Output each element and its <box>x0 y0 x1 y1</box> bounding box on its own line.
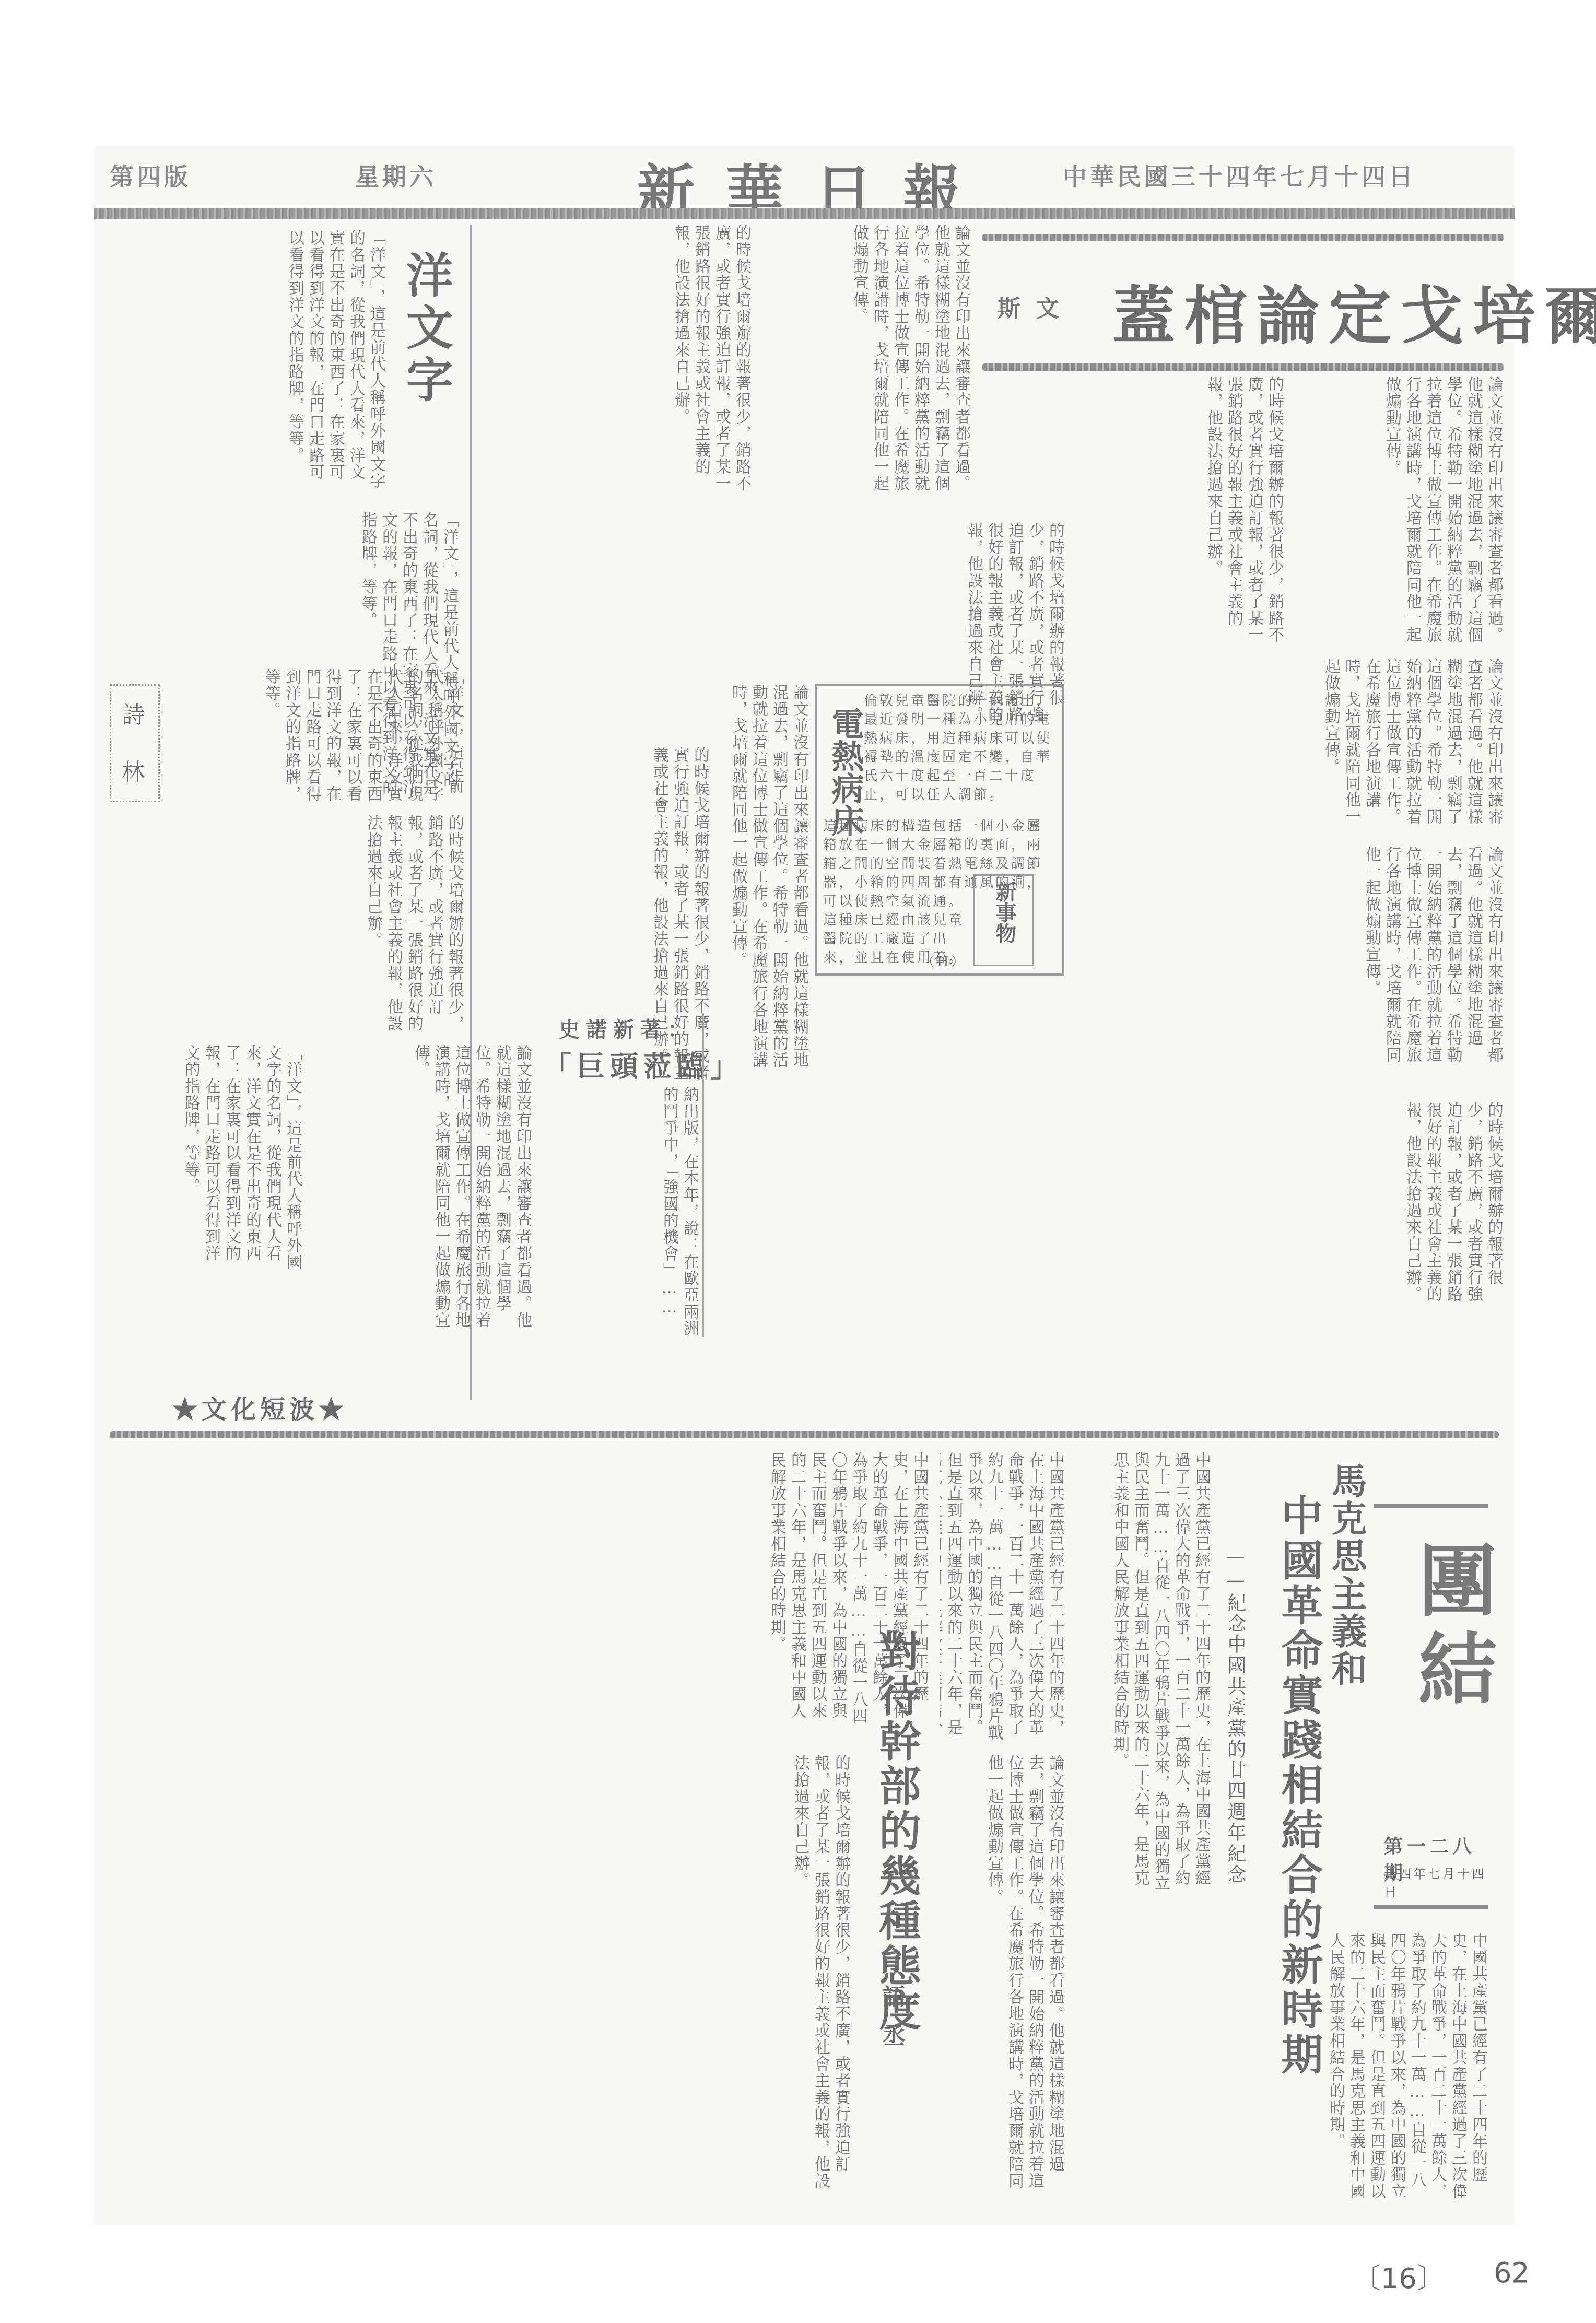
goebbels-body-5: 論文並沒有印出來讓審查者都看過。他就這樣糊塗地混過去，剽竊了這個學位。希特勒一開… <box>1076 658 1504 836</box>
poetry-box-char-2: 林 <box>122 754 145 787</box>
masthead-rule <box>94 208 1515 219</box>
new-things-body-1: 倫敦兒童醫院的一個護士，最近發明一種為小兒用的電熱病床，用這種病床可以使褥墊的溫… <box>864 691 1052 804</box>
left-lower-body: 論文並沒有印出來讓審查者都看過。他就這樣糊塗地混過去，剽竊了這個學位。希特勒一開… <box>313 1045 533 1337</box>
snow-book-body: 納出版，在本年，說：在歐亞兩洲的鬥爭中，「強國的機會」…… <box>543 1086 700 1347</box>
new-things-box: 電熱病床 倫敦兒童醫院的一個護士，最近發明一種為小兒用的電熱病床，用這種病床可以… <box>815 684 1064 976</box>
goebbels-body-7: 論文並沒有印出來讓審查者都看過。他就這樣糊塗地混過去，剽竊了這個學位。希特勒一開… <box>1076 846 1504 1076</box>
unity-logo-block: 團結 第一二八期 卅四年七月十四日 <box>1374 1504 1488 1909</box>
left-lower-body-2: 「洋文」，這是前代人稱呼外國文字的名詞，從我們現代人看來，洋文實在是不出奇的東西… <box>110 1045 303 1274</box>
newspaper-page: 中華民國三十四年七月十四日 新華日報 星期六 第四版 斯文 蓋棺論定戈培爾 論文… <box>94 146 1515 2225</box>
goebbels-headline-box: 斯文 蓋棺論定戈培爾 <box>982 245 1504 360</box>
snow-book-kicker: 史諾新著： <box>559 1013 695 1043</box>
masthead: 中華民國三十四年七月十四日 新華日報 星期六 第四版 <box>94 146 1515 204</box>
goebbels-body-4: 的時候戈培爾辦的報著很少，銷路不廣，或者實行強迫訂報，或者了某一張銷路很好的報主… <box>501 225 752 507</box>
cadres-byline: 語丞 <box>875 1985 908 2062</box>
marxism-body-1: 中國共產黨已經有了二十四年的歷史，在上海中國共產黨經過了三次偉大的革命戰爭，一百… <box>1076 1452 1212 1901</box>
poetry-box-char-1: 詩 <box>122 696 145 730</box>
goebbels-body-2: 的時候戈培爾辦的報著很少，銷路不廣，或者實行強迫訂報，或者了某一張銷路很好的報主… <box>1076 376 1285 648</box>
masthead-weekday: 星期六 <box>355 158 437 192</box>
cadres-body-2: 的時候戈培爾辦的報著很少，銷路不廣，或者實行強迫訂報，或者了某一張銷路很好的報主… <box>110 1755 851 2204</box>
poetry-box: 詩 林 <box>110 684 160 802</box>
snow-book-divider <box>702 1013 704 1337</box>
headline-rule-top <box>982 234 1504 241</box>
cadres-title: 對待幹部的幾種態度 <box>867 1629 927 2034</box>
goebbels-title: 蓋棺論定戈培爾 <box>1112 266 1596 356</box>
unity-logo: 團結 <box>1394 1540 1507 1717</box>
folio-bracket-number: 〔16〕 <box>1353 2256 1445 2296</box>
goebbels-body-3: 論文並沒有印出來讓審查者都看過。他就這樣糊塗地混過去，剽竊了這個學位。希特勒一開… <box>762 225 971 507</box>
marxism-body-4: 中國共產黨已經有了二十四年的歷史，在上海中國共產黨經過了三次偉大的革命戰爭，一百… <box>1076 1932 1488 2204</box>
marxism-body-2: 中國共產黨已經有了二十四年的歷史，在上海中國共產黨經過了三次偉大的革命戰爭，一百… <box>940 1452 1065 1744</box>
poetry-body: 「洋文」，這是前代人稱呼外國文字的名詞，從我們現代人看來，洋文實在是不出奇的東西… <box>172 668 465 804</box>
marxism-subtitle: ——紀念中國共產黨的廿四週年紀念 <box>1222 1546 1249 1885</box>
headline-rule-bottom <box>982 363 1504 371</box>
folio-page-number: 62 <box>1494 2256 1530 2289</box>
masthead-date: 中華民國三十四年七月十四日 <box>1063 158 1416 192</box>
cadres-body-1: 論文並沒有印出來讓審查者都看過。他就這樣糊塗地混過去，剽竊了這個學位。希特勒一開… <box>919 1755 1065 2204</box>
goebbels-body-8: 的時候戈培爾辦的報著很少，銷路不廣，或者實行強迫訂報，或者了某一張銷路很好的報主… <box>721 1102 1504 1311</box>
section-divider <box>110 1431 1499 1438</box>
left-column-body: 的時候戈培爾辦的報著很少，銷路不廣，或者實行強迫訂報，或者了某一張銷路很好的報主… <box>110 815 465 1034</box>
unity-issue-date: 卅四年七月十四日 <box>1384 1863 1488 1900</box>
culture-shortwave-title: ★文化短波★ <box>172 1389 348 1425</box>
foreign-script-title: 洋文字 <box>392 251 460 407</box>
new-things-label-box: 新事物 <box>973 874 1034 966</box>
new-things-sign: （H） <box>921 950 967 974</box>
marxism-body-3: 中國共產黨已經有了二十四年的歷史，在上海中國共產黨經過了三次偉大的革命戰爭，一百… <box>110 1452 930 1734</box>
middle-body-a: 論文並沒有印出來讓審查者都看過。他就這樣糊塗地混過去，剽竊了這個學位。希特勒一開… <box>721 684 809 1081</box>
goebbels-byline: 斯文 <box>997 290 1075 323</box>
foreign-script-body: 「洋文」，這是前代人稱呼外國文字的名詞，從我們現代人看來，洋文實在是不出奇的東西… <box>110 230 386 491</box>
goebbels-body-1: 論文並沒有印出來讓審查者都看過。他就這樣糊塗地混過去，剽竊了這個學位。希特勒一開… <box>1295 376 1504 648</box>
new-things-label: 新事物 <box>990 881 1019 944</box>
masthead-page-label: 第四版 <box>110 158 191 192</box>
snow-book-title: 「巨頭蒞臨」 <box>543 1045 744 1085</box>
